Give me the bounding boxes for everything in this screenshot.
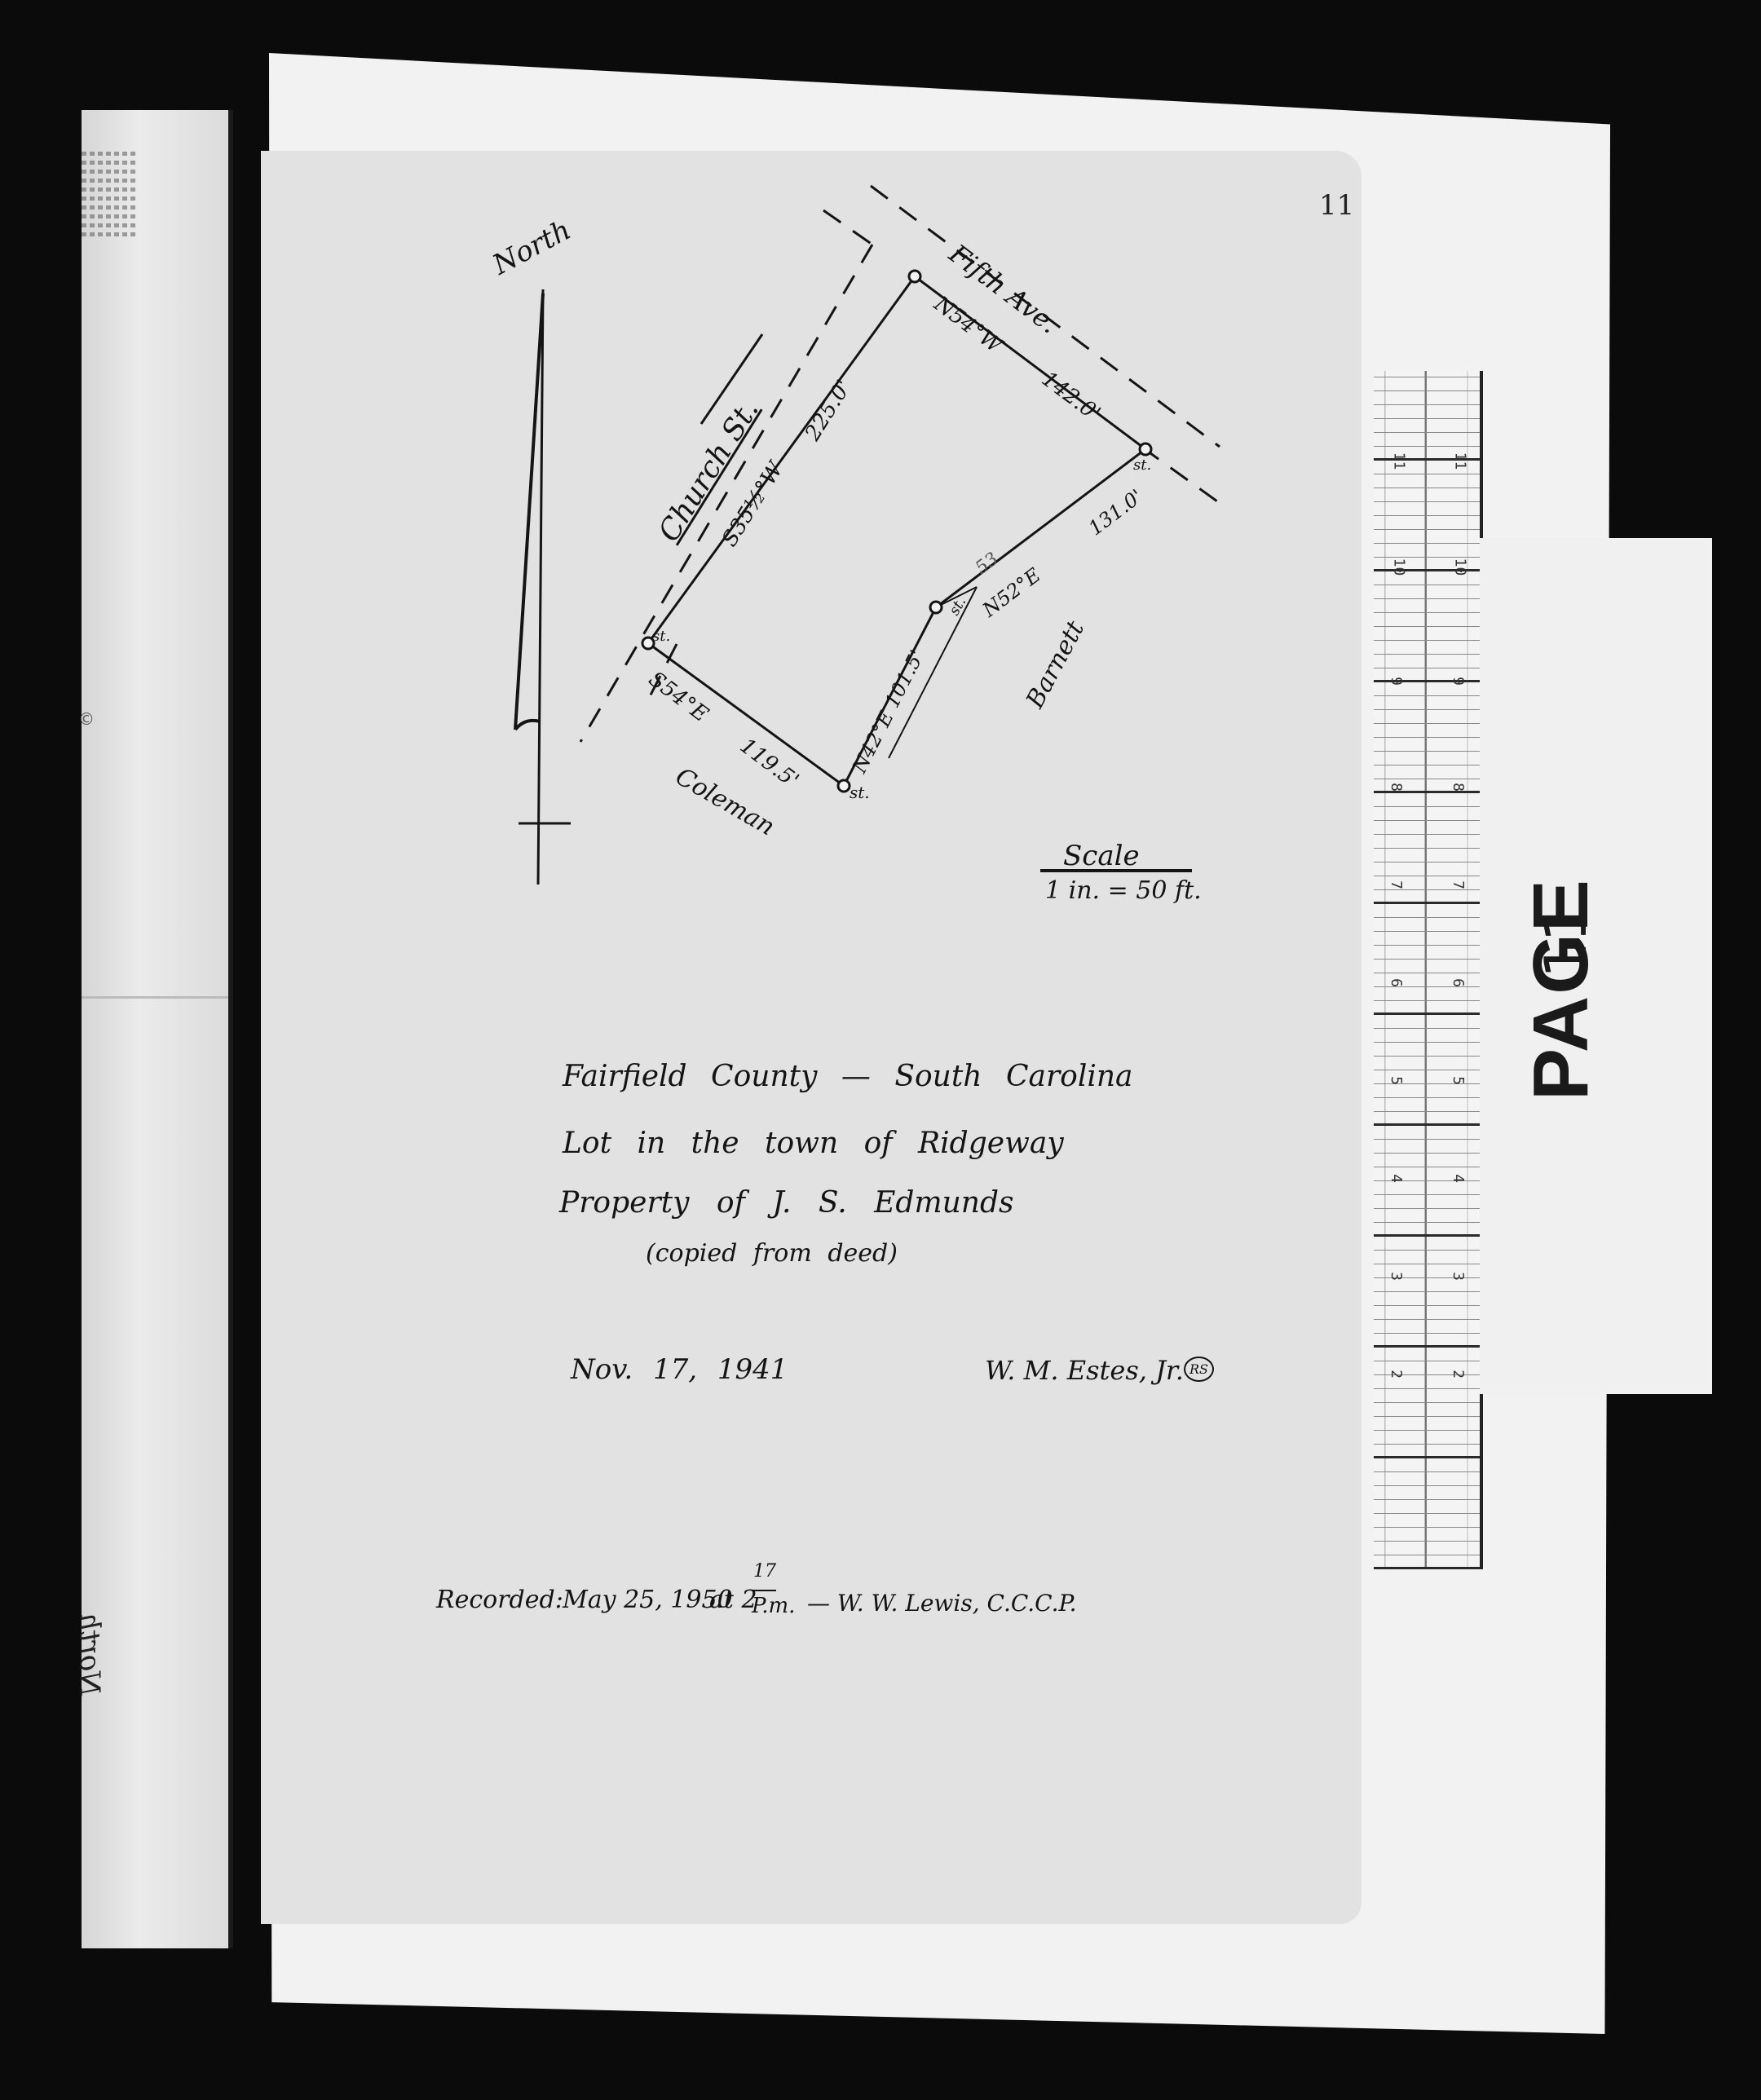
corner-stone-label: st.	[1133, 457, 1151, 474]
caption-county: Fairfield County — South Carolina	[563, 1060, 1133, 1093]
corner-stone-label: st.	[850, 783, 870, 802]
scale-value: 1 in. = 50 ft.	[1045, 876, 1202, 905]
plat-drawing	[0, 0, 1761, 2100]
survey-date: Nov. 17, 1941	[571, 1353, 788, 1386]
surveyor-name: W. M. Estes, Jr.	[985, 1355, 1184, 1386]
corner-stone-icon	[930, 602, 942, 613]
recorded-prefix: Recorded:	[436, 1586, 563, 1614]
surveyor-initials-badge: RS	[1184, 1357, 1214, 1382]
caption-lot: Lot in the town of Ridgeway	[563, 1127, 1064, 1160]
corner-stone-icon	[909, 271, 920, 282]
corner-stone-icon	[1140, 443, 1151, 455]
recorded-minutes: 17	[753, 1561, 776, 1582]
minutes-fraction-bar	[752, 1590, 776, 1591]
recorded-at: at 2	[709, 1586, 757, 1614]
recorded-period: P.m.	[752, 1594, 795, 1618]
caption-source: (copied from deed)	[646, 1239, 898, 1268]
scale-title: Scale	[1063, 840, 1140, 872]
corner-stone-icon	[838, 780, 850, 792]
north-arrow-icon	[515, 289, 571, 885]
corner-stone-label: st.	[652, 628, 670, 645]
recording-clerk: — W. W. Lewis, C.C.C.P.	[807, 1590, 1077, 1617]
recorded-date: May 25, 1950	[563, 1586, 733, 1614]
caption-owner: Property of J. S. Edmunds	[559, 1186, 1014, 1220]
